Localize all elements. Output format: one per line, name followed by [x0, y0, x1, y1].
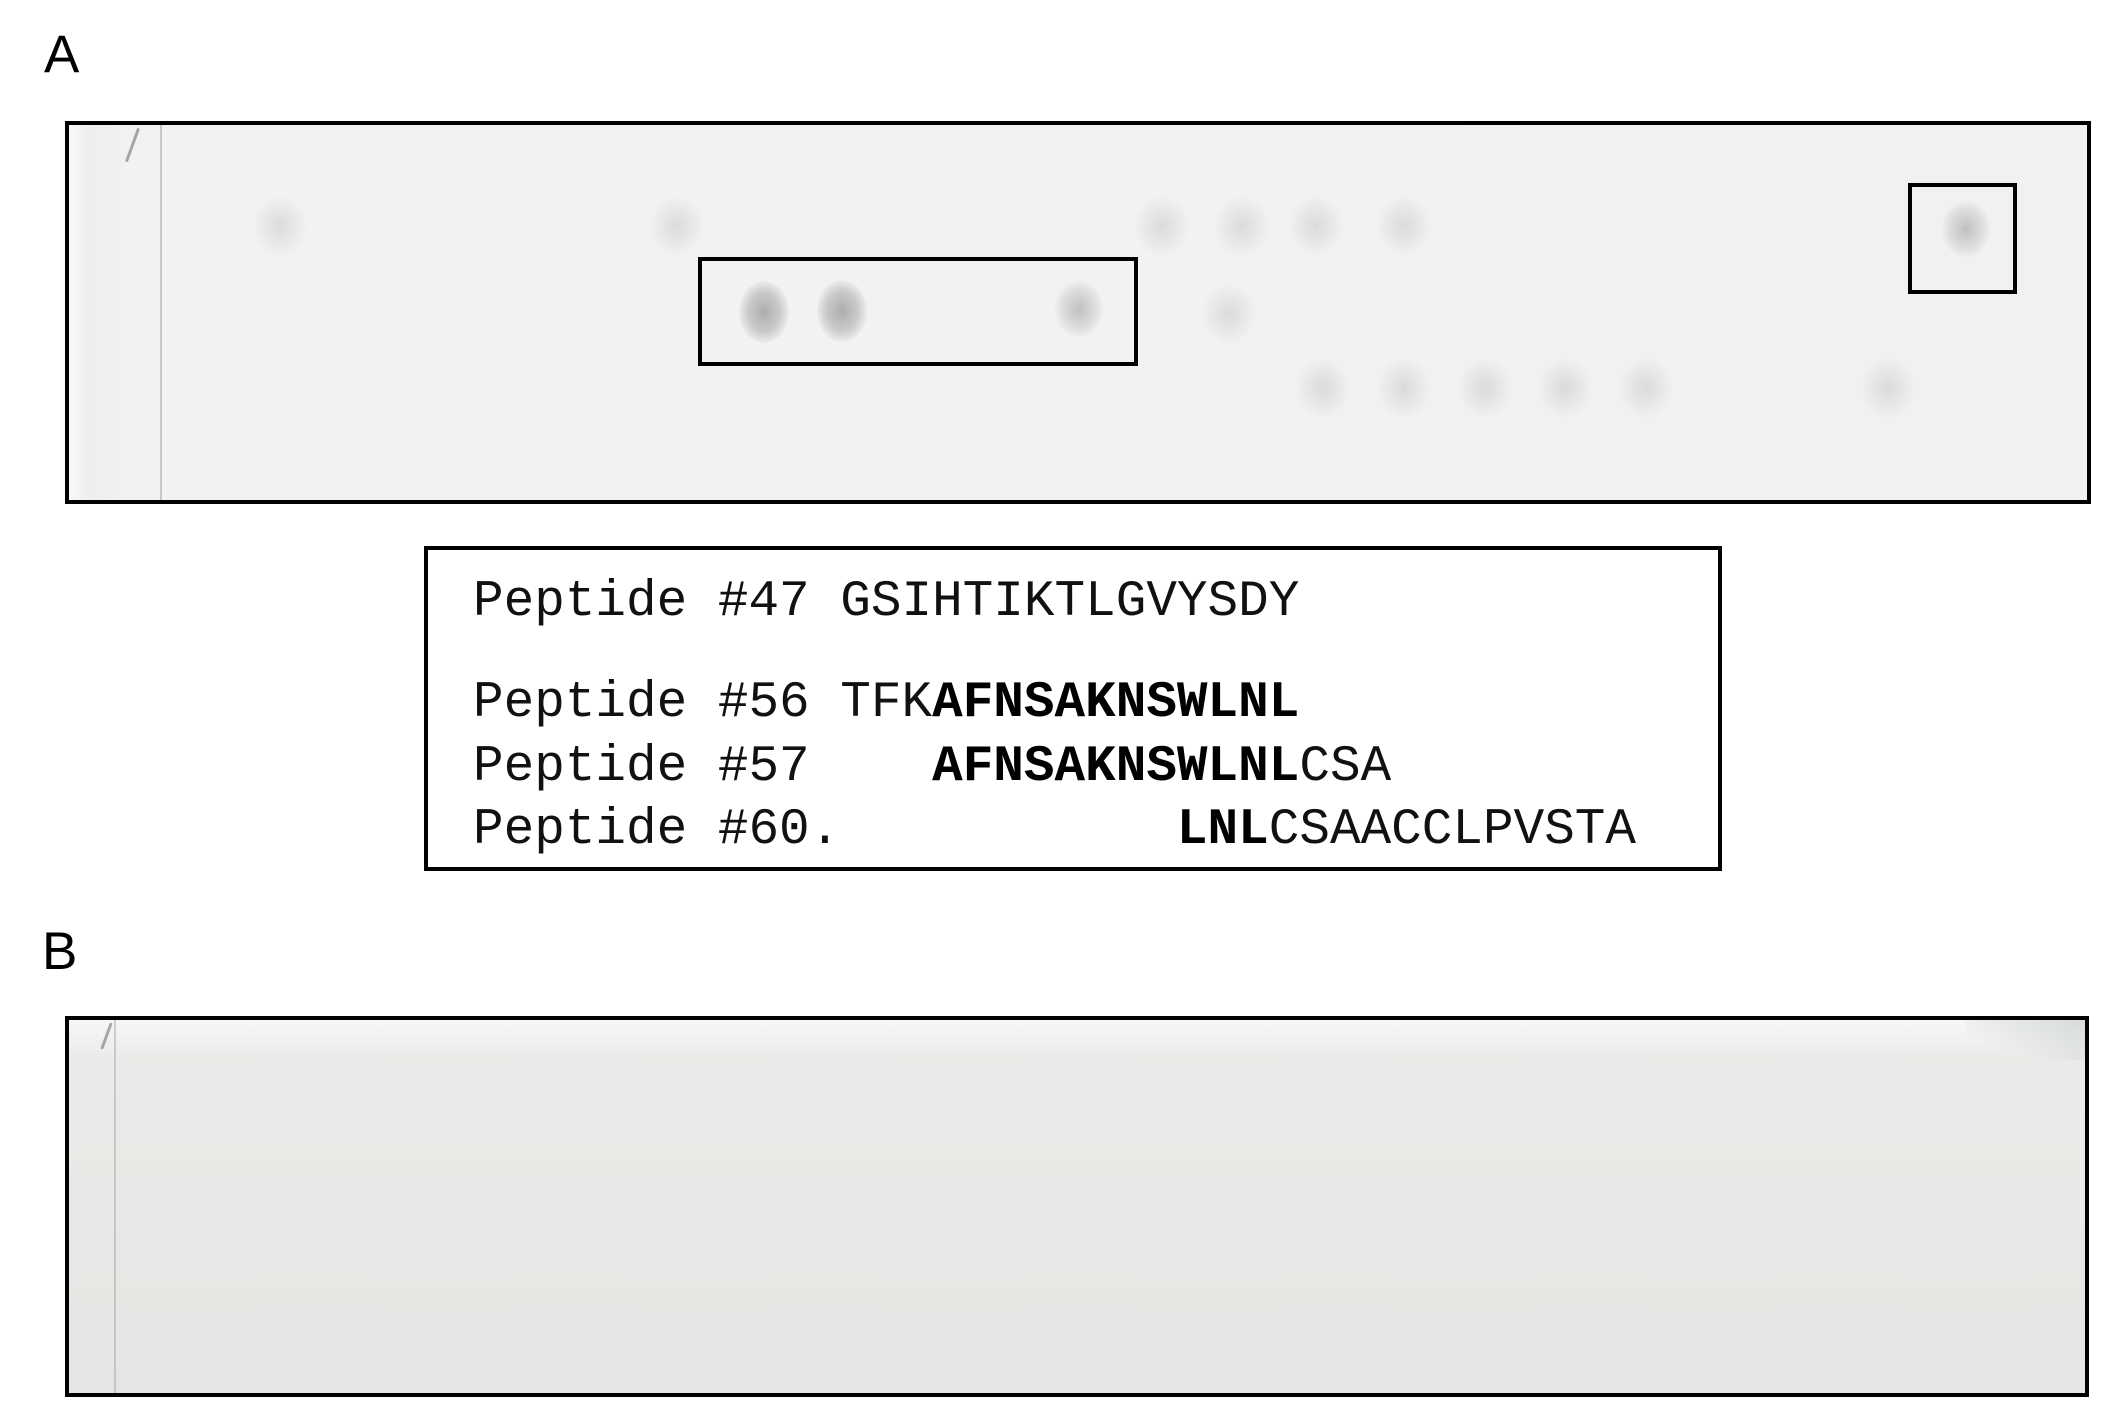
peptide-name: Peptide #57 — [473, 739, 810, 796]
spot-faint — [1378, 197, 1430, 255]
peptide-indent — [840, 802, 1177, 859]
peptide-name: Peptide #47 — [473, 574, 810, 631]
spot-faint — [1290, 197, 1342, 255]
peptide-sequence-overlap: LNL — [1177, 802, 1269, 859]
spot-faint — [1378, 359, 1430, 417]
peptide-sequence-suffix: CSA — [1299, 739, 1391, 796]
peptide-sequence: GSIHTIKTLGVYSDY — [840, 574, 1299, 631]
spot-faint — [1136, 197, 1188, 255]
highlight-box-peptides-56-57-60 — [698, 257, 1138, 366]
spot-faint — [254, 197, 306, 255]
peptide-sequence-overlap: AFNSAKNSWLNL — [932, 739, 1299, 796]
pencil-mark — [125, 128, 140, 163]
panel-label-a: A — [44, 28, 79, 81]
spot-faint — [1216, 197, 1268, 255]
peptide-sequence-overlap: AFNSAKNSWLNL — [932, 675, 1299, 732]
pencil-line — [114, 1020, 116, 1397]
membrane-a-blot — [65, 121, 2091, 504]
membrane-edge-glare — [1965, 1020, 2085, 1060]
spot-faint — [1539, 359, 1591, 417]
peptide-sequence-box: Peptide #47 GSIHTIKTLGVYSDY Peptide #56 … — [424, 546, 1722, 871]
spot-faint — [1297, 359, 1349, 417]
pencil-line — [160, 125, 162, 504]
panel-label-b: B — [42, 925, 77, 978]
peptide-name: Peptide #60. — [473, 802, 840, 859]
highlight-box-peptide-47 — [1908, 183, 2017, 294]
spot-faint — [1459, 359, 1511, 417]
spot-faint — [1862, 359, 1914, 417]
spot-faint — [1203, 285, 1255, 343]
peptide-name: Peptide #56 — [473, 675, 810, 732]
peptide-row-57: Peptide #57 AFNSAKNSWLNLCSA — [473, 742, 1391, 793]
spot-faint — [1620, 359, 1672, 417]
peptide-row-47: Peptide #47 GSIHTIKTLGVYSDY — [473, 577, 1299, 628]
peptide-indent — [840, 739, 932, 796]
spot-faint — [651, 197, 703, 255]
peptide-row-60: Peptide #60. LNLCSAACCLPVSTA — [473, 805, 1636, 856]
peptide-sequence-suffix: CSAACCLPVSTA — [1269, 802, 1636, 859]
peptide-sequence-prefix: TFK — [840, 675, 932, 732]
membrane-b-blot — [65, 1016, 2089, 1397]
peptide-row-56: Peptide #56 TFKAFNSAKNSWLNL — [473, 678, 1299, 729]
pencil-mark — [100, 1022, 112, 1049]
